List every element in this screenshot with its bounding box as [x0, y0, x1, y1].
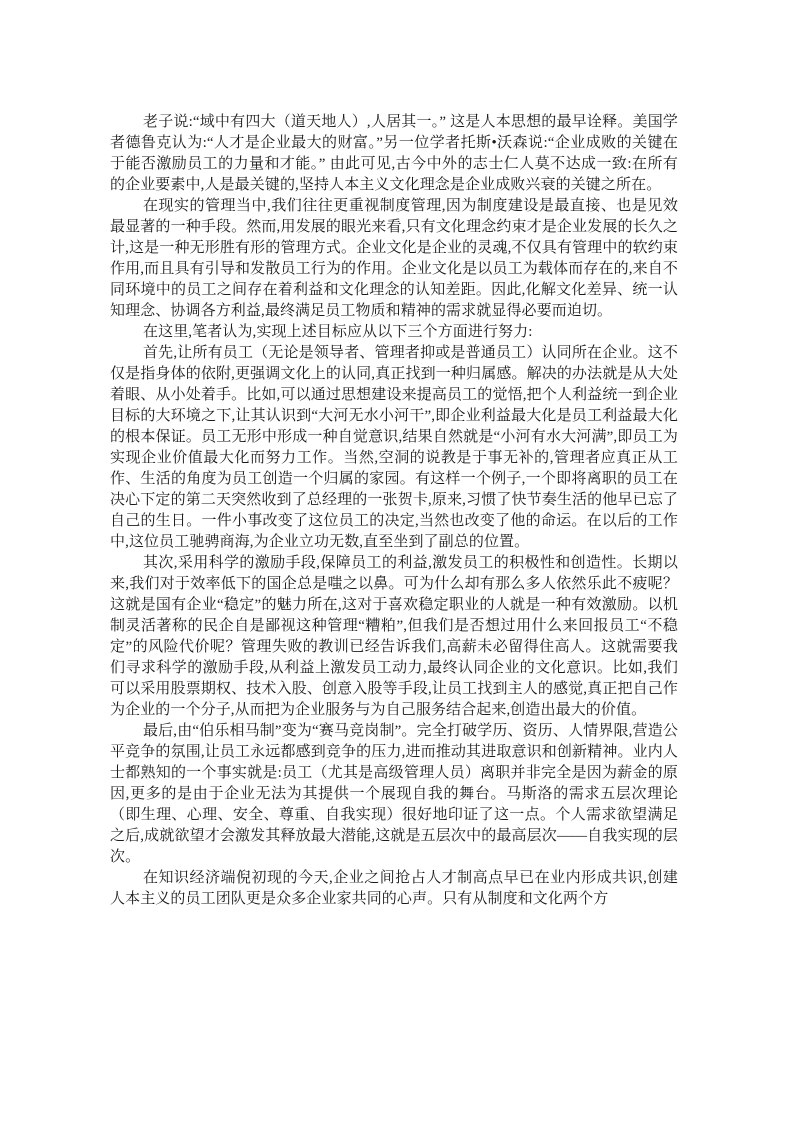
paragraph: 其次,采用科学的激励手段,保障员工的利益,激发员工的积极性和创造性。长期以来,我…: [110, 553, 678, 721]
document-page: 老子说:“域中有四大（道天地人）,人居其一。” 这是人本思想的最早诠释。美国学者…: [0, 0, 793, 1122]
paragraph: 在知识经济端倪初现的今天,企业之间抢占人才制高点早已在业内形成共识,创建人本主义…: [110, 868, 678, 910]
paragraph: 在现实的管理当中,我们往往更重视制度管理,因为制度建设是最直接、也是见效最显著的…: [110, 196, 678, 322]
paragraph: 在这里,笔者认为,实现上述目标应从以下三个方面进行努力:: [110, 322, 678, 343]
paragraph: 老子说:“域中有四大（道天地人）,人居其一。” 这是人本思想的最早诠释。美国学者…: [110, 112, 678, 196]
document-body: 老子说:“域中有四大（道天地人）,人居其一。” 这是人本思想的最早诠释。美国学者…: [110, 112, 678, 910]
paragraph: 首先,让所有员工（无论是领导者、管理者抑或是普通员工）认同所在企业。这不仅是指身…: [110, 343, 678, 553]
paragraph: 最后,由“伯乐相马制”变为“赛马竞岗制”。完全打破学历、资历、人情界限,营造公平…: [110, 721, 678, 868]
